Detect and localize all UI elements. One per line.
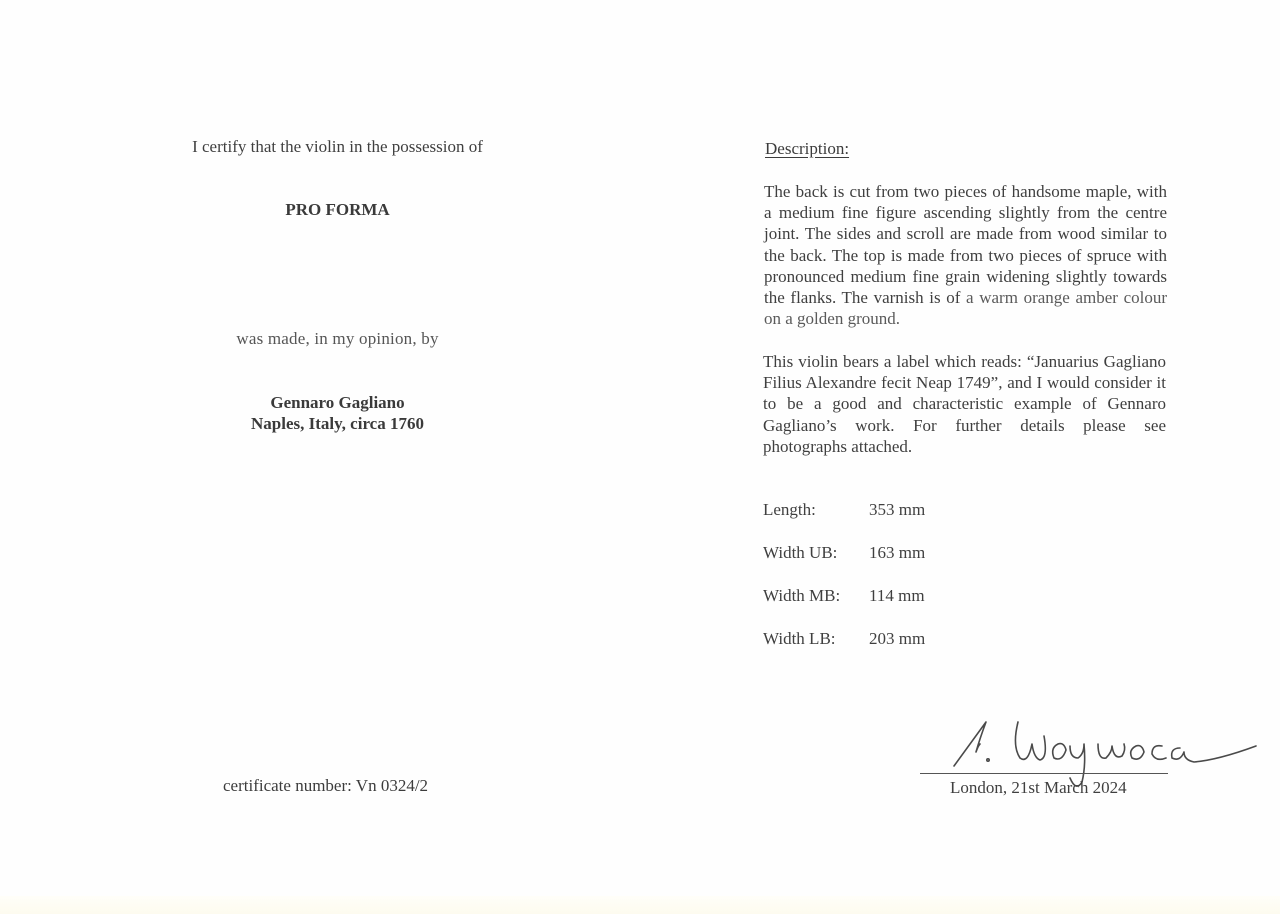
signature-place-date: London, 21st March 2024 [950, 778, 1127, 798]
measurement-row-width-mb: Width MB: 114 mm [763, 586, 925, 629]
measurement-row-length: Length: 353 mm [763, 500, 925, 543]
description-paragraph-2: This violin bears a label which reads: “… [763, 351, 1166, 457]
maker-origin: Naples, Italy, circa 1760 [160, 413, 515, 434]
measurement-label: Width LB: [763, 629, 869, 649]
signature-line [920, 773, 1168, 774]
measurement-value: 353 mm [869, 500, 925, 520]
measurement-value: 203 mm [869, 629, 925, 649]
measurement-label: Width MB: [763, 586, 869, 606]
measurement-label: Width UB: [763, 543, 869, 563]
certification-intro: I certify that the violin in the possess… [160, 137, 515, 157]
measurements-table: Length: 353 mm Width UB: 163 mm Width MB… [763, 500, 925, 672]
description-paragraph-1: The back is cut from two pieces of hands… [764, 181, 1167, 329]
maker-name: Gennaro Gagliano [160, 392, 515, 413]
measurement-label: Length: [763, 500, 869, 520]
maker-block: Gennaro Gagliano Naples, Italy, circa 17… [160, 392, 515, 434]
measurement-row-width-lb: Width LB: 203 mm [763, 629, 925, 672]
measurement-value: 163 mm [869, 543, 925, 563]
certificate-number: certificate number: Vn 0324/2 [223, 776, 428, 796]
owner-name: PRO FORMA [160, 200, 515, 220]
scan-edge [0, 896, 1280, 914]
signature-block: London, 21st March 2024 [918, 708, 1268, 808]
measurement-row-width-ub: Width UB: 163 mm [763, 543, 925, 586]
description-heading: Description: [765, 139, 849, 159]
measurement-value: 114 mm [869, 586, 925, 606]
made-by-statement: was made, in my opinion, by [160, 329, 515, 349]
certificate-page: I certify that the violin in the possess… [0, 0, 1280, 914]
